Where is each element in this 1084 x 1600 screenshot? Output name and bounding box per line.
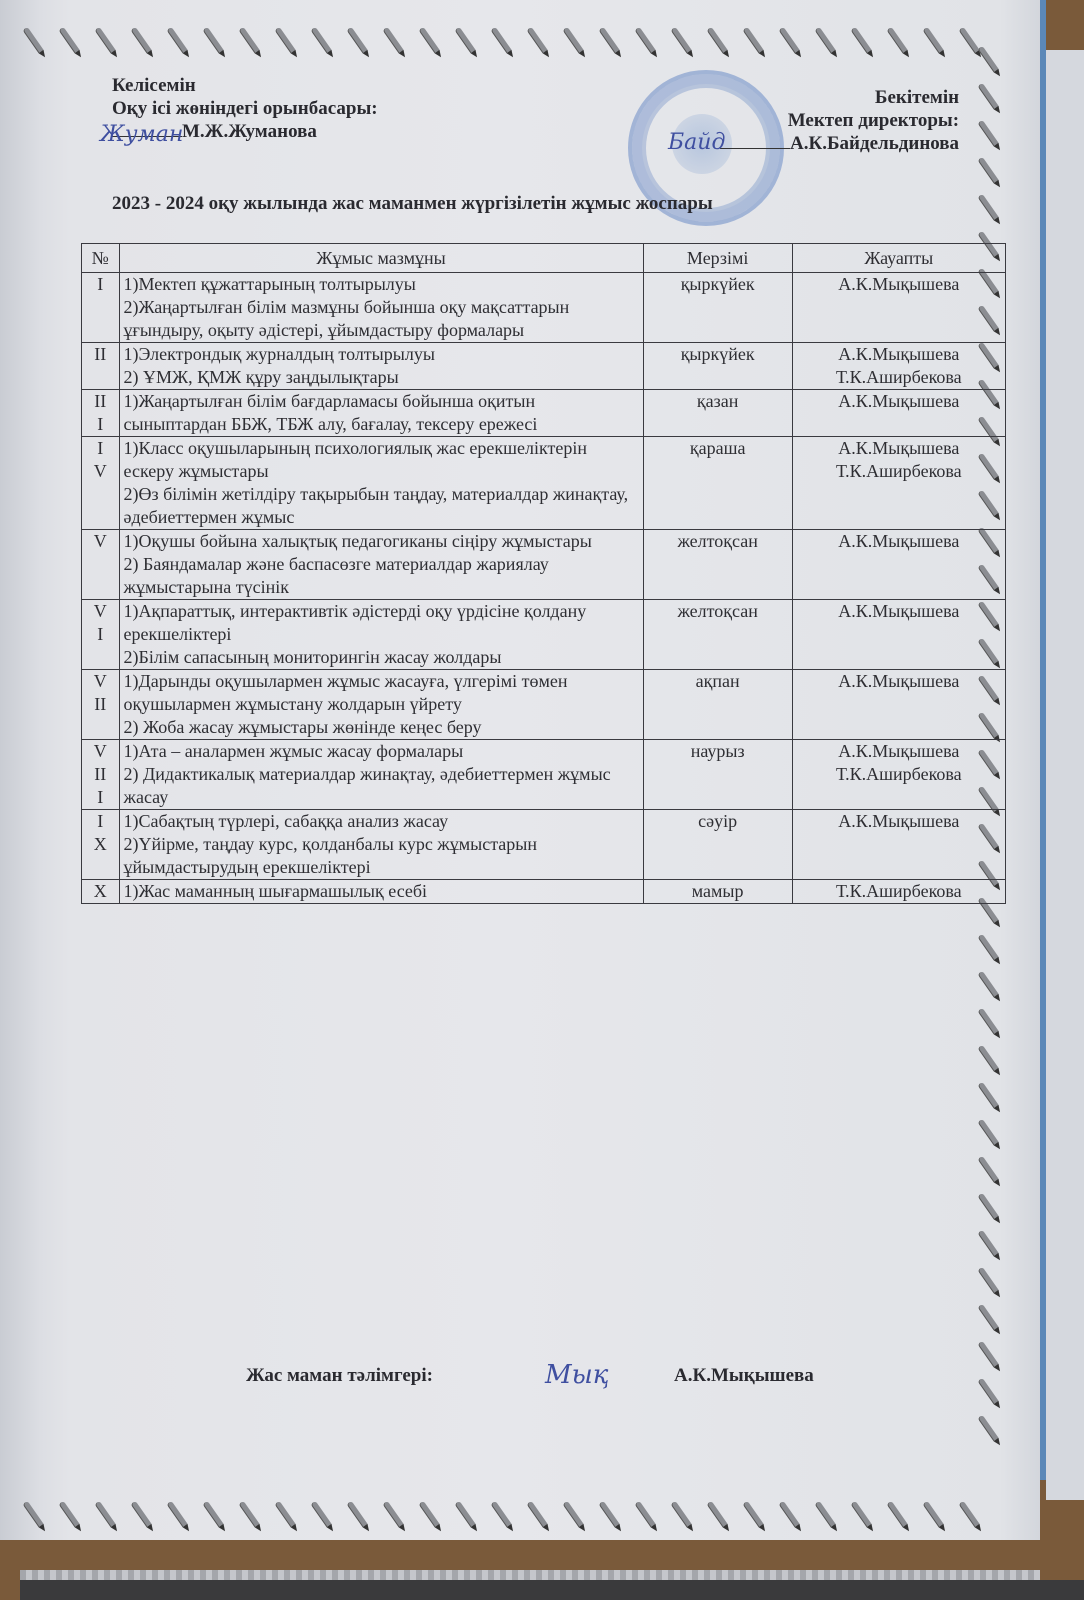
work-item: 2) Дидактикалық материалдар жинақтау, әд… bbox=[124, 763, 639, 809]
work-content: 1)Класс оқушыларының психологиялық жас е… bbox=[119, 437, 643, 530]
work-plan-table: № Жұмыс мазмұны Мерзімі Жауапты I1)Мекте… bbox=[81, 243, 1006, 904]
pencil-icon bbox=[599, 1501, 620, 1527]
row-number: I bbox=[82, 273, 120, 343]
term: мамыр bbox=[643, 880, 792, 904]
row-number-part: I bbox=[86, 273, 115, 296]
row-number: III bbox=[82, 390, 120, 437]
approved-label: Бекітемін bbox=[720, 86, 959, 109]
pencil-icon bbox=[527, 27, 548, 53]
row-number-part: I bbox=[86, 437, 115, 460]
row-number: II bbox=[82, 343, 120, 390]
work-item: 2) Жоба жасау жұмыстары жөнінде кеңес бе… bbox=[124, 716, 639, 739]
approval-block-right: Бекітемін Мектеп директоры: А.К.Байдельд… bbox=[720, 86, 959, 155]
table-row: II1)Электрондық журналдың толтырылуы2) Ұ… bbox=[82, 343, 1006, 390]
agreed-label: Келісемін bbox=[112, 74, 378, 97]
mentor-label: Жас маман тәлімгері: bbox=[246, 1365, 433, 1387]
work-content: 1)Жаңартылған білім бағдарламасы бойынша… bbox=[119, 390, 643, 437]
pencil-icon bbox=[203, 27, 224, 53]
work-item: 2)Жаңартылған білім мазмұны бойынша оқу … bbox=[124, 296, 639, 342]
pencil-icon bbox=[455, 27, 476, 53]
row-number-part: II bbox=[86, 390, 115, 413]
pencil-icon bbox=[635, 27, 656, 53]
work-content: 1)Дарынды оқушылармен жұмыс жасауға, үлг… bbox=[119, 670, 643, 740]
work-item: 1)Электрондық журналдың толтырылуы bbox=[124, 343, 639, 366]
term: қараша bbox=[643, 437, 792, 530]
pencil-icon bbox=[419, 1501, 440, 1527]
responsible-person: А.К.Мықышева bbox=[797, 740, 1001, 763]
responsible-person: Т.К.Аширбекова bbox=[797, 460, 1001, 483]
pencil-icon bbox=[635, 1501, 656, 1527]
table-row: VII1)Дарынды оқушылармен жұмыс жасауға, … bbox=[82, 670, 1006, 740]
pencil-icon bbox=[815, 27, 836, 53]
pencil-icon bbox=[455, 1501, 476, 1527]
pencil-border-top bbox=[30, 26, 1002, 54]
deputy-title: Оқу ісі жөніндегі орынбасары: bbox=[112, 97, 378, 120]
pencil-icon bbox=[347, 1501, 368, 1527]
pencil-icon bbox=[779, 27, 800, 53]
pencil-icon bbox=[311, 1501, 332, 1527]
responsible-person: А.К.Мықышева bbox=[797, 670, 1001, 693]
responsible: А.К.Мықышева bbox=[792, 810, 1005, 880]
term: қазан bbox=[643, 390, 792, 437]
work-content: 1)Ақпараттық, интерактивтік әдістерді оқ… bbox=[119, 600, 643, 670]
pencil-icon bbox=[131, 1501, 152, 1527]
pencil-icon bbox=[815, 1501, 836, 1527]
responsible-person: Т.К.Аширбекова bbox=[797, 366, 1001, 389]
work-content: 1)Мектеп құжаттарының толтырылуы2)Жаңарт… bbox=[119, 273, 643, 343]
responsible: А.К.Мықышева bbox=[792, 670, 1005, 740]
pencil-icon bbox=[167, 1501, 188, 1527]
row-number-part: X bbox=[86, 833, 115, 856]
row-number: V bbox=[82, 530, 120, 600]
responsible: А.К.Мықышева bbox=[792, 273, 1005, 343]
director-name: А.К.Байдельдинова bbox=[790, 133, 959, 154]
responsible-person: А.К.Мықышева bbox=[797, 530, 1001, 553]
pencil-icon bbox=[959, 27, 980, 53]
term: қыркүйек bbox=[643, 273, 792, 343]
row-number-part: II bbox=[86, 763, 115, 786]
pencil-icon bbox=[851, 27, 872, 53]
pencil-icon bbox=[671, 1501, 692, 1527]
row-number-part: I bbox=[86, 810, 115, 833]
pencil-icon bbox=[563, 27, 584, 53]
pencil-icon bbox=[743, 1501, 764, 1527]
pencil-icon bbox=[491, 1501, 512, 1527]
row-number-part: I bbox=[86, 413, 115, 436]
table-row: V1)Оқушы бойына халықтық педагогиканы сі… bbox=[82, 530, 1006, 600]
term: ақпан bbox=[643, 670, 792, 740]
term: наурыз bbox=[643, 740, 792, 810]
pencil-icon bbox=[707, 27, 728, 53]
row-number-part: I bbox=[86, 786, 115, 809]
background-sheet bbox=[1046, 50, 1084, 1500]
row-number: X bbox=[82, 880, 120, 904]
work-item: 2)Үйірме, таңдау курс, қолданбалы курс ж… bbox=[124, 833, 639, 879]
header-responsible: Жауапты bbox=[792, 244, 1005, 273]
table-surface bbox=[20, 1580, 1084, 1600]
table-row: III1)Жаңартылған білім бағдарламасы бойы… bbox=[82, 390, 1006, 437]
pencil-icon bbox=[743, 27, 764, 53]
row-number-part: II bbox=[86, 343, 115, 366]
work-content: 1)Электрондық журналдың толтырылуы2) ҰМЖ… bbox=[119, 343, 643, 390]
deputy-signature: Жуман bbox=[100, 122, 183, 147]
work-item: 1)Сабақтың түрлері, сабаққа анализ жасау bbox=[124, 810, 639, 833]
row-number-part: V bbox=[86, 600, 115, 623]
term: қыркүйек bbox=[643, 343, 792, 390]
responsible: Т.К.Аширбекова bbox=[792, 880, 1005, 904]
pencil-icon bbox=[491, 27, 512, 53]
pencil-icon bbox=[419, 27, 440, 53]
responsible-person: А.К.Мықышева bbox=[797, 390, 1001, 413]
table-row: IV1)Класс оқушыларының психологиялық жас… bbox=[82, 437, 1006, 530]
work-item: 2) Баяндамалар және баспасөзге материалд… bbox=[124, 553, 639, 599]
pencil-icon bbox=[131, 27, 152, 53]
pencil-icon bbox=[707, 1501, 728, 1527]
row-number-part: X bbox=[86, 880, 115, 903]
pencil-icon bbox=[671, 27, 692, 53]
responsible-person: А.К.Мықышева bbox=[797, 600, 1001, 623]
table-row: X1)Жас маманның шығармашылық есебімамырТ… bbox=[82, 880, 1006, 904]
work-item: 1)Ақпараттық, интерактивтік әдістерді оқ… bbox=[124, 600, 639, 646]
row-number: VIII bbox=[82, 740, 120, 810]
pencil-icon bbox=[275, 1501, 296, 1527]
row-number: IX bbox=[82, 810, 120, 880]
responsible-person: А.К.Мықышева bbox=[797, 437, 1001, 460]
responsible: А.К.Мықышева bbox=[792, 600, 1005, 670]
mentor-signature: Мық bbox=[545, 1360, 609, 1390]
work-item: 2)Өз білімін жетілдіру тақырыбын таңдау,… bbox=[124, 483, 639, 529]
row-number: IV bbox=[82, 437, 120, 530]
work-item: 1)Класс оқушыларының психологиялық жас е… bbox=[124, 437, 639, 483]
responsible: А.К.МықышеваТ.К.Аширбекова bbox=[792, 437, 1005, 530]
table-header-row: № Жұмыс мазмұны Мерзімі Жауапты bbox=[82, 244, 1006, 273]
deputy-name: М.Ж.Жуманова bbox=[182, 121, 317, 142]
work-content: 1)Сабақтың түрлері, сабаққа анализ жасау… bbox=[119, 810, 643, 880]
document-title: 2023 - 2024 оқу жылында жас маманмен жүр… bbox=[112, 193, 713, 215]
row-number-part: I bbox=[86, 623, 115, 646]
responsible: А.К.МықышеваТ.К.Аширбекова bbox=[792, 740, 1005, 810]
pencil-icon bbox=[923, 1501, 944, 1527]
row-number-part: V bbox=[86, 460, 115, 483]
pencil-icon bbox=[383, 27, 404, 53]
pencil-icon bbox=[239, 1501, 260, 1527]
pencil-border-bottom bbox=[30, 1500, 1002, 1528]
pencil-icon bbox=[563, 1501, 584, 1527]
header-content: Жұмыс мазмұны bbox=[119, 244, 643, 273]
term: сәуір bbox=[643, 810, 792, 880]
work-item: 1)Оқушы бойына халықтық педагогиканы сің… bbox=[124, 530, 639, 553]
header-term: Мерзімі bbox=[643, 244, 792, 273]
work-item: 1)Ата – аналармен жұмыс жасау формалары bbox=[124, 740, 639, 763]
row-number-part: II bbox=[86, 693, 115, 716]
pencil-icon bbox=[923, 27, 944, 53]
term: желтоқсан bbox=[643, 600, 792, 670]
pencil-icon bbox=[95, 1501, 116, 1527]
mentor-name: А.К.Мықышева bbox=[674, 1365, 814, 1387]
term: желтоқсан bbox=[643, 530, 792, 600]
responsible-person: А.К.Мықышева bbox=[797, 810, 1001, 833]
row-number-part: V bbox=[86, 530, 115, 553]
responsible-person: Т.К.Аширбекова bbox=[797, 763, 1001, 786]
work-item: 1)Жаңартылған білім бағдарламасы бойынша… bbox=[124, 390, 639, 436]
work-item: 1)Мектеп құжаттарының толтырылуы bbox=[124, 273, 639, 296]
row-number-part: V bbox=[86, 670, 115, 693]
responsible-person: А.К.Мықышева bbox=[797, 273, 1001, 296]
work-content: 1)Оқушы бойына халықтық педагогиканы сің… bbox=[119, 530, 643, 600]
work-content: 1)Ата – аналармен жұмыс жасау формалары2… bbox=[119, 740, 643, 810]
pencil-icon bbox=[599, 27, 620, 53]
responsible: А.К.Мықышева bbox=[792, 390, 1005, 437]
pencil-icon bbox=[887, 1501, 908, 1527]
signature-line bbox=[720, 134, 790, 149]
table-row: VI1)Ақпараттық, интерактивтік әдістерді … bbox=[82, 600, 1006, 670]
pencil-icon bbox=[59, 1501, 80, 1527]
work-item: 1)Жас маманның шығармашылық есебі bbox=[124, 880, 639, 903]
table-row: IX1)Сабақтың түрлері, сабаққа анализ жас… bbox=[82, 810, 1006, 880]
responsible: А.К.Мықышева bbox=[792, 530, 1005, 600]
pencil-icon bbox=[167, 27, 188, 53]
pencil-icon bbox=[527, 1501, 548, 1527]
table-row: I1)Мектеп құжаттарының толтырылуы2)Жаңар… bbox=[82, 273, 1006, 343]
pencil-icon bbox=[275, 27, 296, 53]
pencil-icon bbox=[779, 1501, 800, 1527]
table-row: VIII1)Ата – аналармен жұмыс жасау формал… bbox=[82, 740, 1006, 810]
pencil-icon bbox=[203, 1501, 224, 1527]
row-number-part: V bbox=[86, 740, 115, 763]
director-title: Мектеп директоры: bbox=[720, 109, 959, 132]
work-content: 1)Жас маманның шығармашылық есебі bbox=[119, 880, 643, 904]
pencil-icon bbox=[311, 27, 332, 53]
row-number: VII bbox=[82, 670, 120, 740]
pencil-icon bbox=[383, 1501, 404, 1527]
director-signature: Байд bbox=[668, 130, 725, 155]
responsible-person: А.К.Мықышева bbox=[797, 343, 1001, 366]
pencil-icon bbox=[59, 27, 80, 53]
pencil-icon bbox=[95, 27, 116, 53]
work-item: 2)Білім сапасының мониторингін жасау жол… bbox=[124, 646, 639, 669]
pencil-icon bbox=[347, 27, 368, 53]
pencil-icon bbox=[851, 1501, 872, 1527]
row-number: VI bbox=[82, 600, 120, 670]
pencil-icon bbox=[887, 27, 908, 53]
pencil-icon bbox=[959, 1501, 980, 1527]
header-number: № bbox=[82, 244, 120, 273]
pencil-icon bbox=[239, 27, 260, 53]
responsible-person: Т.К.Аширбекова bbox=[797, 880, 1001, 903]
responsible: А.К.МықышеваТ.К.Аширбекова bbox=[792, 343, 1005, 390]
work-item: 1)Дарынды оқушылармен жұмыс жасауға, үлг… bbox=[124, 670, 639, 716]
work-item: 2) ҰМЖ, ҚМЖ құру заңдылықтары bbox=[124, 366, 639, 389]
